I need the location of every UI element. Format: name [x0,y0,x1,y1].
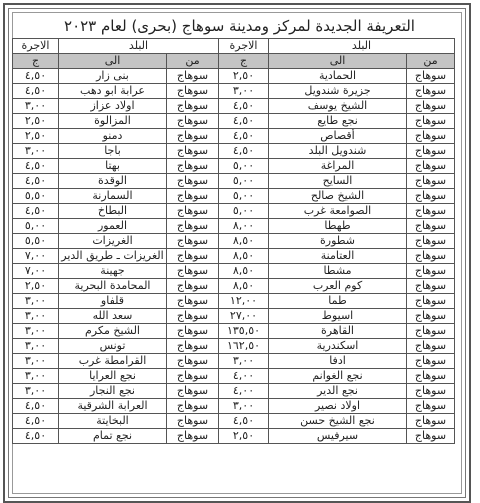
subheader-row: من الى ج من الى ج [13,54,455,69]
fare-left: ٣,٠٠ [13,339,59,354]
document-page: التعريفة الجديدة لمركز ومدينة سوهاج (بحر… [12,12,467,37]
route-to-right: القاهرة [269,324,407,339]
table-row: سوهاجالصوامعة غرب٥,٠٠سوهاجالبطاخ٤,٥٠ [13,204,455,219]
route-to-left: اولاد عزاز [59,99,167,114]
header-row: البلد الاجرة البلد الاجرة [13,39,455,54]
fare-right: ٤,٥٠ [219,129,269,144]
route-to-left: قلفاو [59,294,167,309]
fare-left: ٢,٥٠ [13,279,59,294]
route-to-left: بنى زار [59,69,167,84]
fare-left: ٣,٠٠ [13,384,59,399]
route-from-left: سوهاج [167,279,219,294]
fare-left: ٧,٠٠ [13,249,59,264]
route-to-right: كوم العرب [269,279,407,294]
fare-right: ٨,٥٠ [219,234,269,249]
route-to-left: نجع تمام [59,429,167,444]
table-row: سوهاججزيرة شندويل٣,٠٠سوهاجعرابة ابو دهب٤… [13,84,455,99]
route-from-left: سوهاج [167,174,219,189]
route-from-right: سوهاج [407,114,455,129]
fare-right: ١٢,٠٠ [219,294,269,309]
route-from-right: سوهاج [407,324,455,339]
route-to-right: طهطا [269,219,407,234]
route-from-left: سوهاج [167,294,219,309]
fare-left: ٤,٥٠ [13,399,59,414]
fare-right: ٨,٥٠ [219,264,269,279]
route-from-left: سوهاج [167,309,219,324]
fare-right: ٥,٠٠ [219,189,269,204]
table-row: سوهاجمشطا٨,٥٠سوهاججهينة٧,٠٠ [13,264,455,279]
route-to-right: ادفا [269,354,407,369]
route-from-right: سوهاج [407,234,455,249]
header-fare-left: الاجرة [13,39,59,54]
fare-right: ٤,٠٠ [219,369,269,384]
table-row: سوهاجنجع الدير٤,٠٠سوهاجنجع النجار٣,٠٠ [13,384,455,399]
route-to-left: تونس [59,339,167,354]
table-row: سوهاجاسكندرية١٦٢,٥٠سوهاجتونس٣,٠٠ [13,339,455,354]
subheader-from-left: من [167,54,219,69]
route-from-left: سوهاج [167,249,219,264]
route-to-left: الغريزات [59,234,167,249]
fare-left: ٢,٥٠ [13,114,59,129]
table-row: سوهاجالشيخ صالح٥,٠٠سوهاجالسمارنة٥,٥٠ [13,189,455,204]
route-to-left: نجع النجار [59,384,167,399]
route-to-left: جهينة [59,264,167,279]
table-row: سوهاجالسايح٥,٠٠سوهاجالوقدة٤,٥٠ [13,174,455,189]
fare-left: ٣,٠٠ [13,144,59,159]
subheader-currency-right: ج [219,54,269,69]
fare-table: البلد الاجرة البلد الاجرة من الى ج من ال… [12,38,455,444]
route-to-left: دمنو [59,129,167,144]
route-to-right: المراغة [269,159,407,174]
route-from-left: سوهاج [167,339,219,354]
route-to-right: الشيخ صالح [269,189,407,204]
route-from-right: سوهاج [407,429,455,444]
route-from-right: سوهاج [407,204,455,219]
route-to-right: مشطا [269,264,407,279]
route-to-left: العمور [59,219,167,234]
route-from-right: سوهاج [407,144,455,159]
fare-left: ٤,٥٠ [13,414,59,429]
table-row: سوهاجطما١٢,٠٠سوهاجقلفاو٣,٠٠ [13,294,455,309]
fare-left: ٣,٠٠ [13,294,59,309]
route-from-right: سوهاج [407,384,455,399]
route-from-right: سوهاج [407,369,455,384]
fare-left: ٧,٠٠ [13,264,59,279]
fare-right: ١٦٢,٥٠ [219,339,269,354]
route-to-right: نجع الدير [269,384,407,399]
fare-left: ٤,٥٠ [13,69,59,84]
route-to-left: باجا [59,144,167,159]
route-to-left: العرابة الشرقية [59,399,167,414]
route-to-right: الحمادية [269,69,407,84]
route-from-right: سوهاج [407,294,455,309]
route-from-right: سوهاج [407,99,455,114]
fare-right: ٢٧,٠٠ [219,309,269,324]
fare-left: ٣,٠٠ [13,324,59,339]
route-to-right: شندويل البلد [269,144,407,159]
fare-left: ٤,٥٠ [13,204,59,219]
header-fare-right: الاجرة [219,39,269,54]
route-to-left: المزالوة [59,114,167,129]
table-row: سوهاجشندويل البلد٤,٥٠سوهاجباجا٣,٠٠ [13,144,455,159]
fare-left: ٣,٠٠ [13,99,59,114]
fare-left: ٤,٥٠ [13,159,59,174]
route-to-right: اولاد نصير [269,399,407,414]
table-row: سوهاجالقاهرة١٣٥,٥٠سوهاجالشيخ مكرم٣,٠٠ [13,324,455,339]
route-to-left: القرامطة غرب [59,354,167,369]
route-from-left: سوهاج [167,84,219,99]
route-from-right: سوهاج [407,414,455,429]
table-row: سوهاجأقصاص٤,٥٠سوهاجدمنو٢,٥٠ [13,129,455,144]
table-row: سوهاجشطورة٨,٥٠سوهاجالغريزات٥,٥٠ [13,234,455,249]
route-from-left: سوهاج [167,414,219,429]
table-row: سوهاجسيرفيس٢,٥٠سوهاجنجع تمام٤,٥٠ [13,429,455,444]
route-to-left: البخايتة [59,414,167,429]
route-from-left: سوهاج [167,219,219,234]
route-from-left: سوهاج [167,204,219,219]
header-place-left: البلد [59,39,219,54]
fare-left: ٥,٥٠ [13,234,59,249]
route-from-left: سوهاج [167,129,219,144]
fare-right: ٤,٠٠ [219,384,269,399]
table-row: سوهاجاولاد نصير٣,٠٠سوهاجالعرابة الشرقية٤… [13,399,455,414]
route-to-left: بهتا [59,159,167,174]
route-to-right: الصوامعة غرب [269,204,407,219]
route-to-left: الغريزات ـ طريق الدير [59,249,167,264]
route-to-left: عرابة ابو دهب [59,84,167,99]
route-from-left: سوهاج [167,384,219,399]
fare-left: ٤,٥٠ [13,84,59,99]
route-from-right: سوهاج [407,399,455,414]
table-row: سوهاجادفا٣,٠٠سوهاجالقرامطة غرب٣,٠٠ [13,354,455,369]
table-row: سوهاجالشيخ يوسف٤,٥٠سوهاجاولاد عزاز٣,٠٠ [13,99,455,114]
fare-right: ٤,٥٠ [219,414,269,429]
table-row: سوهاجكوم العرب٨,٥٠سوهاجالمحامدة البحرية٢… [13,279,455,294]
fare-left: ٣,٠٠ [13,309,59,324]
route-to-right: طما [269,294,407,309]
fare-right: ٨,٠٠ [219,219,269,234]
fare-table-body: سوهاجالحمادية٢,٥٠سوهاجبنى زار٤,٥٠سوهاججز… [13,69,455,444]
route-to-right: أقصاص [269,129,407,144]
route-to-right: الشيخ يوسف [269,99,407,114]
route-from-right: سوهاج [407,309,455,324]
route-from-left: سوهاج [167,144,219,159]
route-from-right: سوهاج [407,189,455,204]
route-from-left: سوهاج [167,369,219,384]
route-from-right: سوهاج [407,219,455,234]
route-from-right: سوهاج [407,264,455,279]
fare-right: ٤,٥٠ [219,144,269,159]
route-from-right: سوهاج [407,354,455,369]
route-to-right: سيرفيس [269,429,407,444]
fare-right: ٥,٠٠ [219,204,269,219]
route-from-right: سوهاج [407,249,455,264]
fare-right: ١٣٥,٥٠ [219,324,269,339]
fare-right: ٣,٠٠ [219,84,269,99]
route-from-right: سوهاج [407,129,455,144]
subheader-to-right: الى [269,54,407,69]
route-to-left: السمارنة [59,189,167,204]
table-row: سوهاجالمراغة٥,٠٠سوهاجبهتا٤,٥٠ [13,159,455,174]
fare-left: ٢,٥٠ [13,129,59,144]
route-to-right: العتامنة [269,249,407,264]
route-from-right: سوهاج [407,69,455,84]
route-to-left: البطاخ [59,204,167,219]
route-from-left: سوهاج [167,69,219,84]
route-from-right: سوهاج [407,84,455,99]
table-row: سوهاجنجع الشيخ حسن٤,٥٠سوهاجالبخايتة٤,٥٠ [13,414,455,429]
route-from-right: سوهاج [407,174,455,189]
route-to-left: الوقدة [59,174,167,189]
route-from-left: سوهاج [167,324,219,339]
route-to-right: السايح [269,174,407,189]
route-from-right: سوهاج [407,339,455,354]
table-row: سوهاجطهطا٨,٠٠سوهاجالعمور٥,٠٠ [13,219,455,234]
subheader-from-right: من [407,54,455,69]
route-to-left: نجع العرايا [59,369,167,384]
route-from-left: سوهاج [167,354,219,369]
route-from-left: سوهاج [167,114,219,129]
route-from-left: سوهاج [167,99,219,114]
fare-left: ٥,٥٠ [13,189,59,204]
header-place-right: البلد [269,39,455,54]
route-to-left: المحامدة البحرية [59,279,167,294]
route-to-left: سعد الله [59,309,167,324]
fare-right: ٨,٥٠ [219,279,269,294]
document-title: التعريفة الجديدة لمركز ومدينة سوهاج (بحر… [12,15,467,37]
table-row: سوهاجالحمادية٢,٥٠سوهاجبنى زار٤,٥٠ [13,69,455,84]
subheader-currency-left: ج [13,54,59,69]
fare-right: ٢,٥٠ [219,69,269,84]
route-from-left: سوهاج [167,264,219,279]
route-from-right: سوهاج [407,279,455,294]
table-row: سوهاجالعتامنة٨,٥٠سوهاجالغريزات ـ طريق ال… [13,249,455,264]
route-to-left: الشيخ مكرم [59,324,167,339]
fare-left: ٤,٥٠ [13,174,59,189]
fare-right: ٣,٠٠ [219,354,269,369]
fare-right: ٥,٠٠ [219,159,269,174]
route-from-right: سوهاج [407,159,455,174]
table-row: سوهاجاسيوط٢٧,٠٠سوهاجسعد الله٣,٠٠ [13,309,455,324]
fare-right: ٥,٠٠ [219,174,269,189]
fare-left: ٤,٥٠ [13,429,59,444]
route-to-right: نجع الشيخ حسن [269,414,407,429]
route-to-right: نجع الغوانم [269,369,407,384]
route-to-right: نجع طايع [269,114,407,129]
fare-left: ٣,٠٠ [13,369,59,384]
route-to-right: شطورة [269,234,407,249]
fare-left: ٥,٠٠ [13,219,59,234]
subheader-to-left: الى [59,54,167,69]
route-from-left: سوهاج [167,429,219,444]
fare-left: ٣,٠٠ [13,354,59,369]
fare-right: ٣,٠٠ [219,399,269,414]
route-from-left: سوهاج [167,399,219,414]
table-row: سوهاجنجع الغوانم٤,٠٠سوهاجنجع العرايا٣,٠٠ [13,369,455,384]
route-to-right: جزيرة شندويل [269,84,407,99]
route-from-left: سوهاج [167,189,219,204]
route-to-right: اسكندرية [269,339,407,354]
fare-right: ٤,٥٠ [219,99,269,114]
route-to-right: اسيوط [269,309,407,324]
fare-right: ٨,٥٠ [219,249,269,264]
route-from-left: سوهاج [167,234,219,249]
fare-right: ٢,٥٠ [219,429,269,444]
table-row: سوهاجنجع طايع٤,٥٠سوهاجالمزالوة٢,٥٠ [13,114,455,129]
route-from-left: سوهاج [167,159,219,174]
fare-right: ٤,٥٠ [219,114,269,129]
